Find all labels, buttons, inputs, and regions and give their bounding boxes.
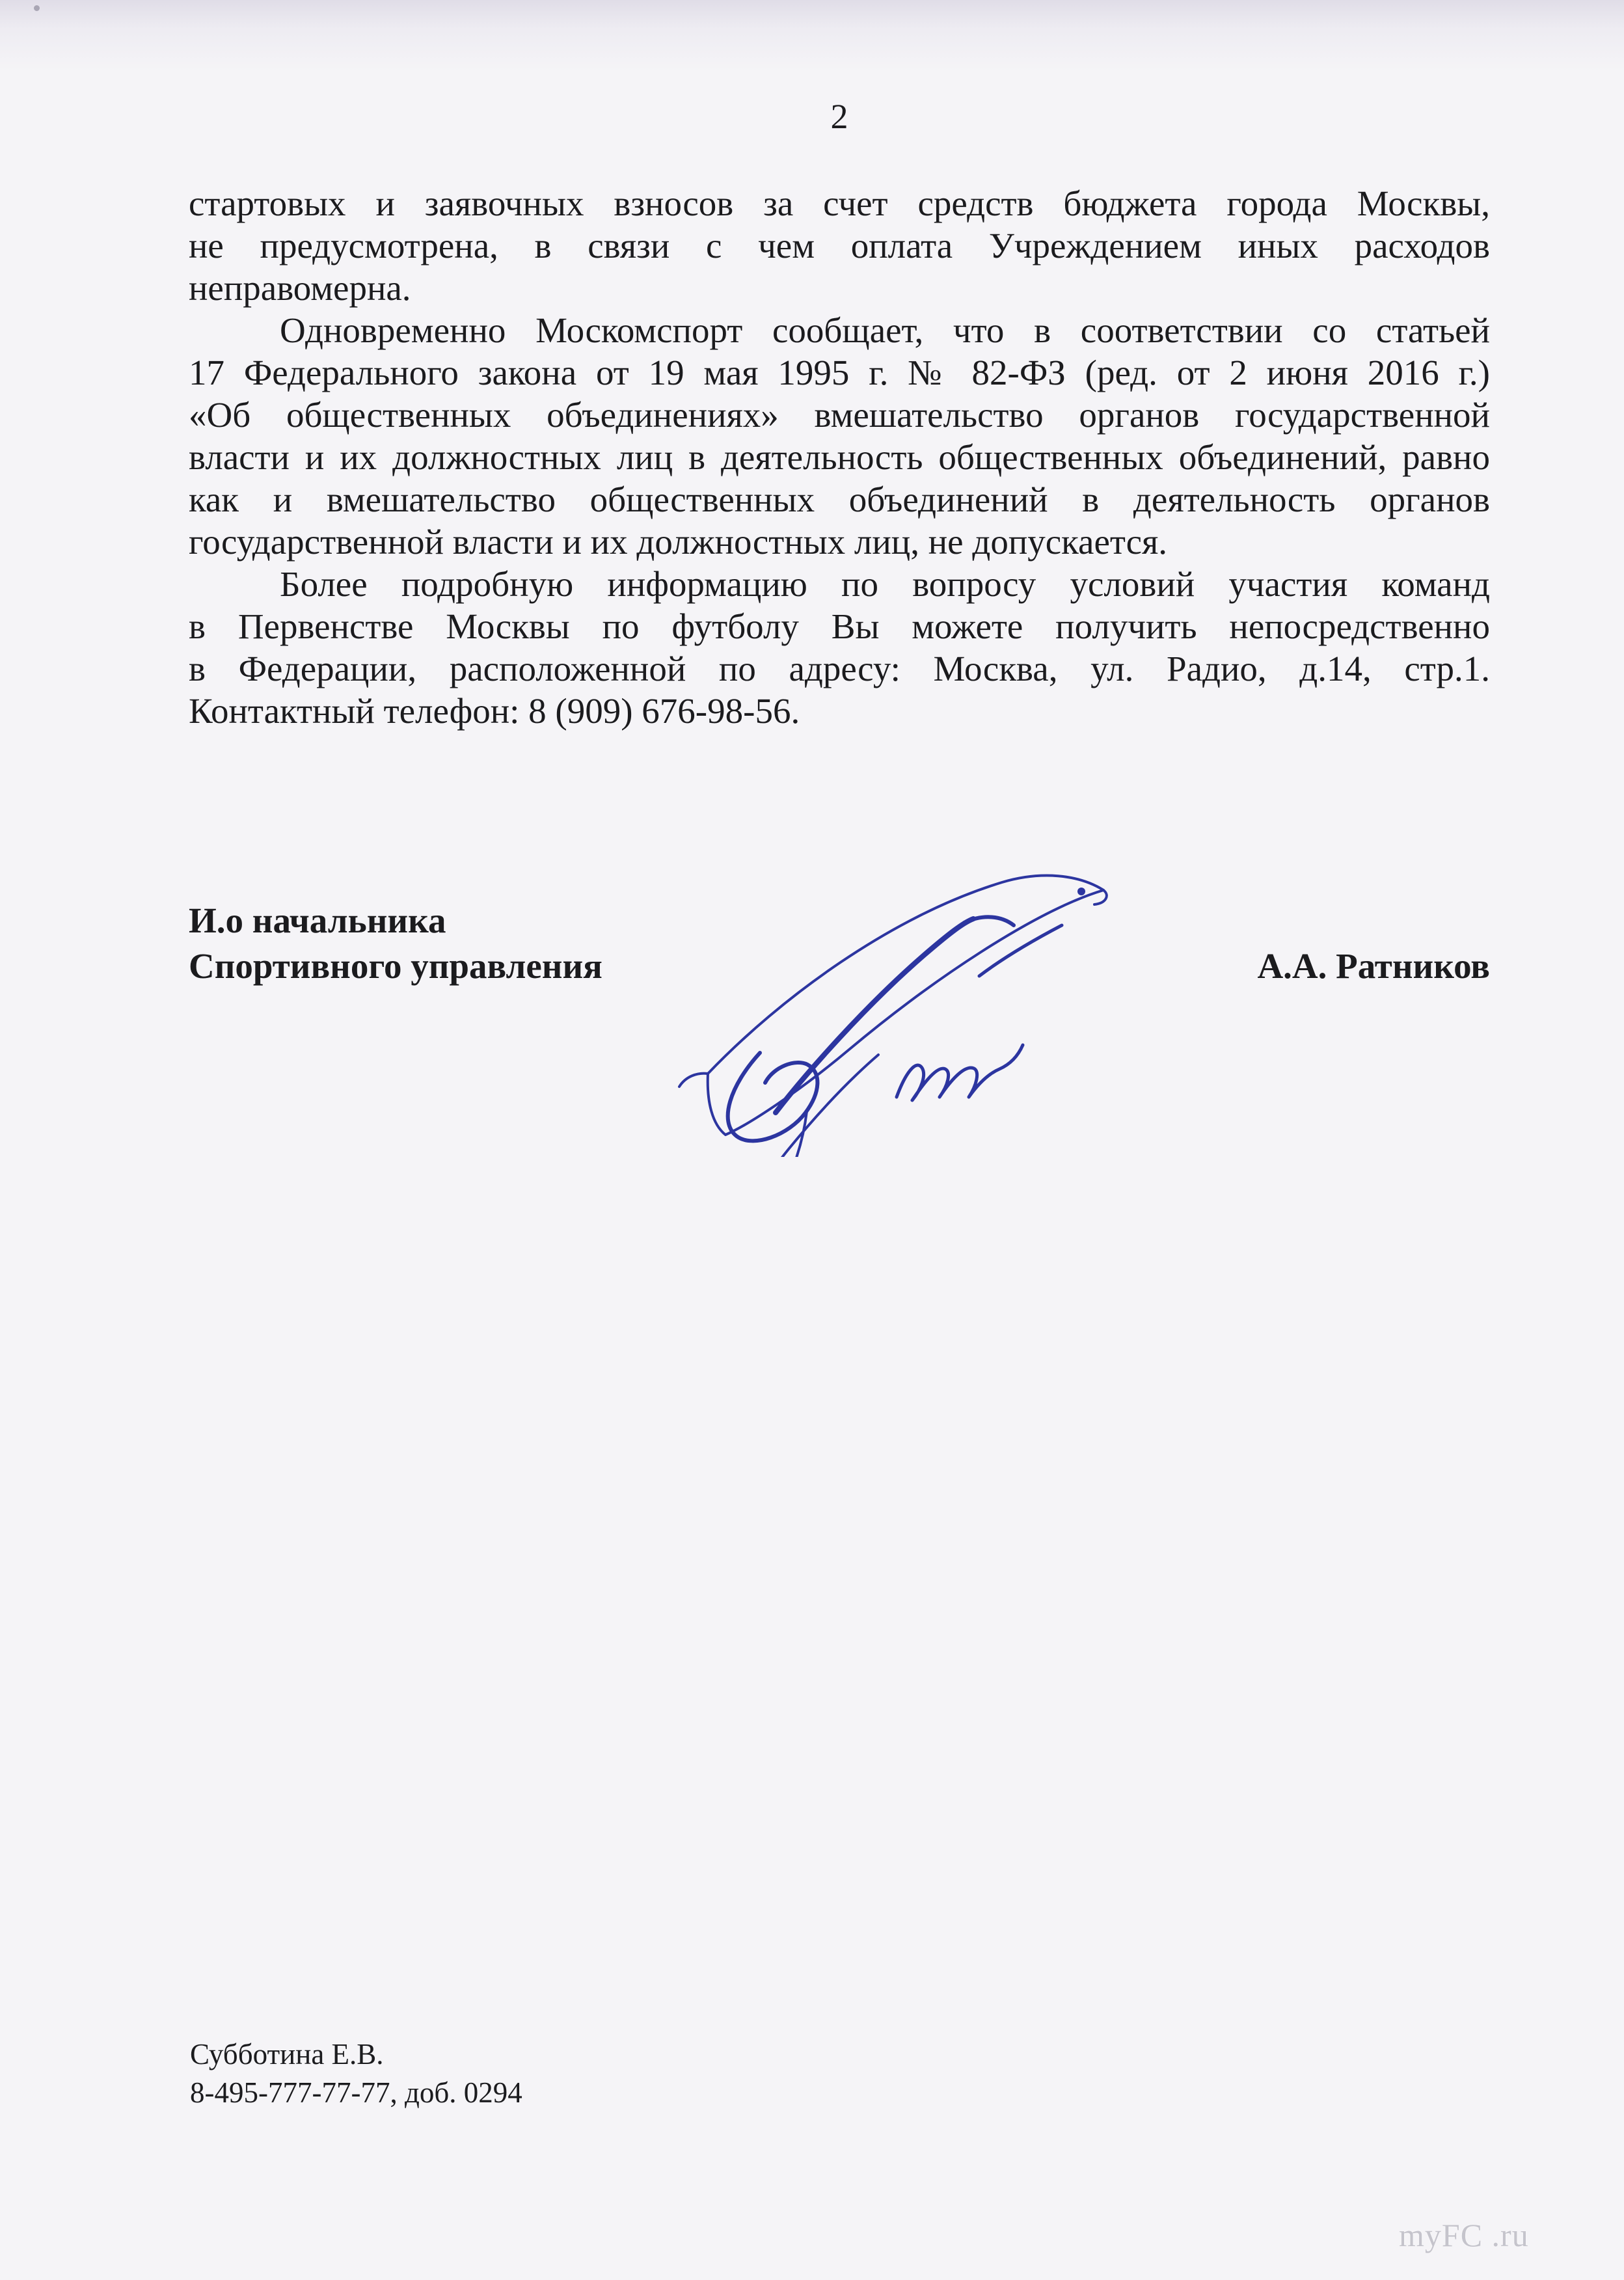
text-line: власти и их должностных лиц в деятельнос… bbox=[189, 436, 1490, 478]
text-line: государственной власти и их должностных … bbox=[189, 521, 1490, 563]
scanned-letter-page: 2 стартовых и заявочных взносов за счет … bbox=[0, 0, 1624, 2280]
text-line: Одновременно Москомспорт сообщает, что в… bbox=[189, 309, 1490, 351]
executor-name: Субботина Е.В. bbox=[190, 2035, 522, 2074]
executor-phone: 8-495-777-77-77, доб. 0294 bbox=[190, 2074, 522, 2112]
letter-body: стартовых и заявочных взносов за счет ср… bbox=[189, 182, 1490, 732]
scan-speck bbox=[34, 5, 40, 11]
signer-title-line: И.о начальника bbox=[189, 898, 1490, 943]
signer-name: А.А. Ратников bbox=[1257, 943, 1490, 989]
text-line: в Федерации, расположенной по адресу: Мо… bbox=[189, 647, 1490, 690]
text-line: 17 Федерального закона от 19 мая 1995 г.… bbox=[189, 351, 1490, 394]
text-line: Контактный телефон: 8 (909) 676-98-56. bbox=[189, 690, 1490, 732]
text-line: как и вмешательство общественных объедин… bbox=[189, 478, 1490, 521]
text-line: в Первенстве Москвы по футболу Вы можете… bbox=[189, 605, 1490, 647]
scan-edge-shadow bbox=[0, 0, 1624, 72]
text-line: неправомерна. bbox=[189, 267, 1490, 309]
text-line: стартовых и заявочных взносов за счет ср… bbox=[189, 182, 1490, 224]
text-line: Более подробную информацию по вопросу ус… bbox=[189, 563, 1490, 605]
text-line: не предусмотрена, в связи с чем оплата У… bbox=[189, 224, 1490, 267]
signature-block: И.о начальника Спортивного управления А.… bbox=[189, 898, 1490, 1041]
text-line: «Об общественных объединениях» вмешатель… bbox=[189, 394, 1490, 436]
page-number: 2 bbox=[189, 98, 1490, 136]
watermark: myFC .ru bbox=[1399, 2216, 1529, 2254]
executor-info: Субботина Е.В. 8-495-777-77-77, доб. 029… bbox=[190, 2035, 522, 2112]
